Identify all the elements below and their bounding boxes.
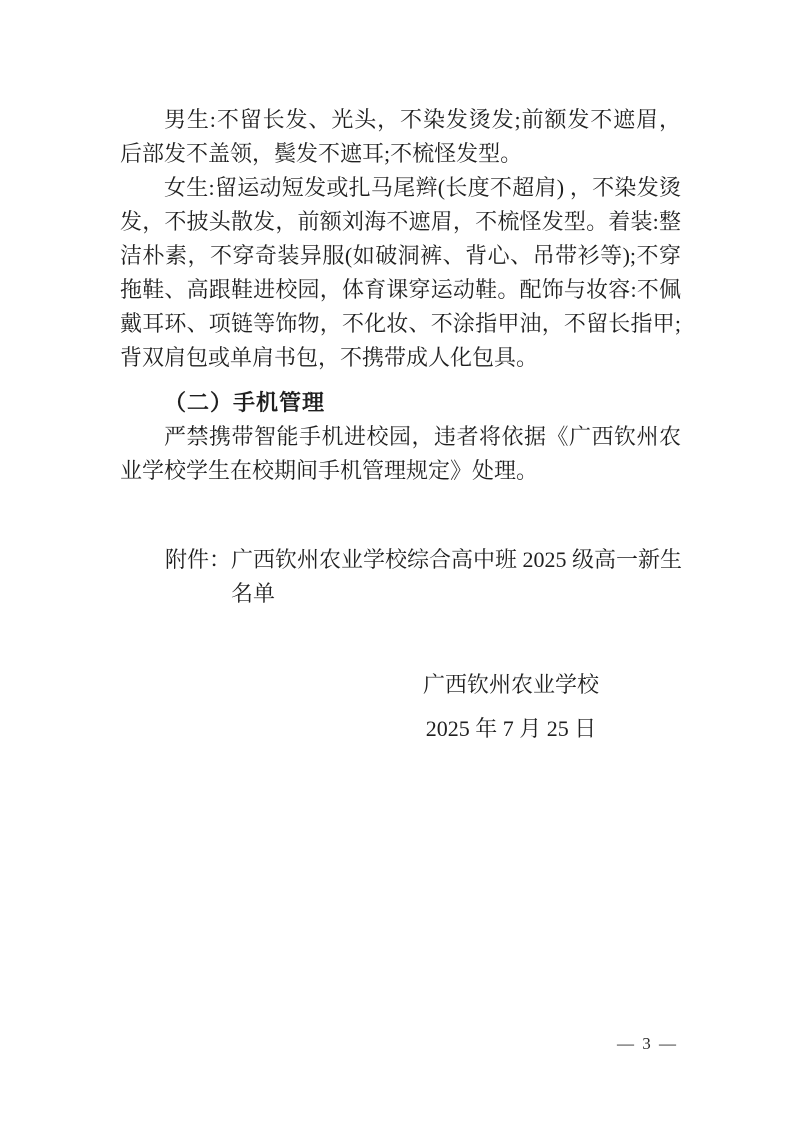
paragraph-boys-rules: 男生:不留长发、光头，不染发烫发;前额发不遮眉，后部发不盖领，鬓发不遮耳;不梳怪… xyxy=(120,103,681,171)
attachment-line1: 附件：广西钦州农业学校综合高中班 2025 级高一新生 xyxy=(165,543,681,577)
signature-issuer: 广西钦州农业学校 xyxy=(416,668,606,702)
section-heading-phone-management: （二）手机管理 xyxy=(120,386,681,420)
document-page: 男生:不留长发、光头，不染发烫发;前额发不遮眉，后部发不盖领，鬓发不遮耳;不梳怪… xyxy=(0,0,800,1131)
paragraph-girls-rules: 女生:留运动短发或扎马尾辫(长度不超肩) ，不染发烫发，不披头散发，前额刘海不遮… xyxy=(120,171,681,375)
page-number: — 3 — xyxy=(617,1034,678,1053)
page-footer: — 3 — xyxy=(617,1031,678,1057)
document-body: 男生:不留长发、光头，不染发烫发;前额发不遮眉，后部发不盖领，鬓发不遮耳;不梳怪… xyxy=(120,103,681,746)
attachment-note: 附件：广西钦州农业学校综合高中班 2025 级高一新生 名单 xyxy=(120,543,681,611)
paragraph-phone-management: 严禁携带智能手机进校园，违者将依据《广西钦州农业学校学生在校期间手机管理规定》处… xyxy=(120,420,681,488)
attachment-line2: 名单 xyxy=(231,577,681,611)
attachment-title-part2: 名单 xyxy=(231,581,275,606)
attachment-title-part1: 广西钦州农业学校综合高中班 2025 级高一新生 xyxy=(231,547,682,572)
signature-block: 广西钦州农业学校 2025 年 7 月 25 日 xyxy=(416,668,606,746)
signature-date: 2025 年 7 月 25 日 xyxy=(416,712,606,746)
attachment-label: 附件： xyxy=(165,547,231,572)
